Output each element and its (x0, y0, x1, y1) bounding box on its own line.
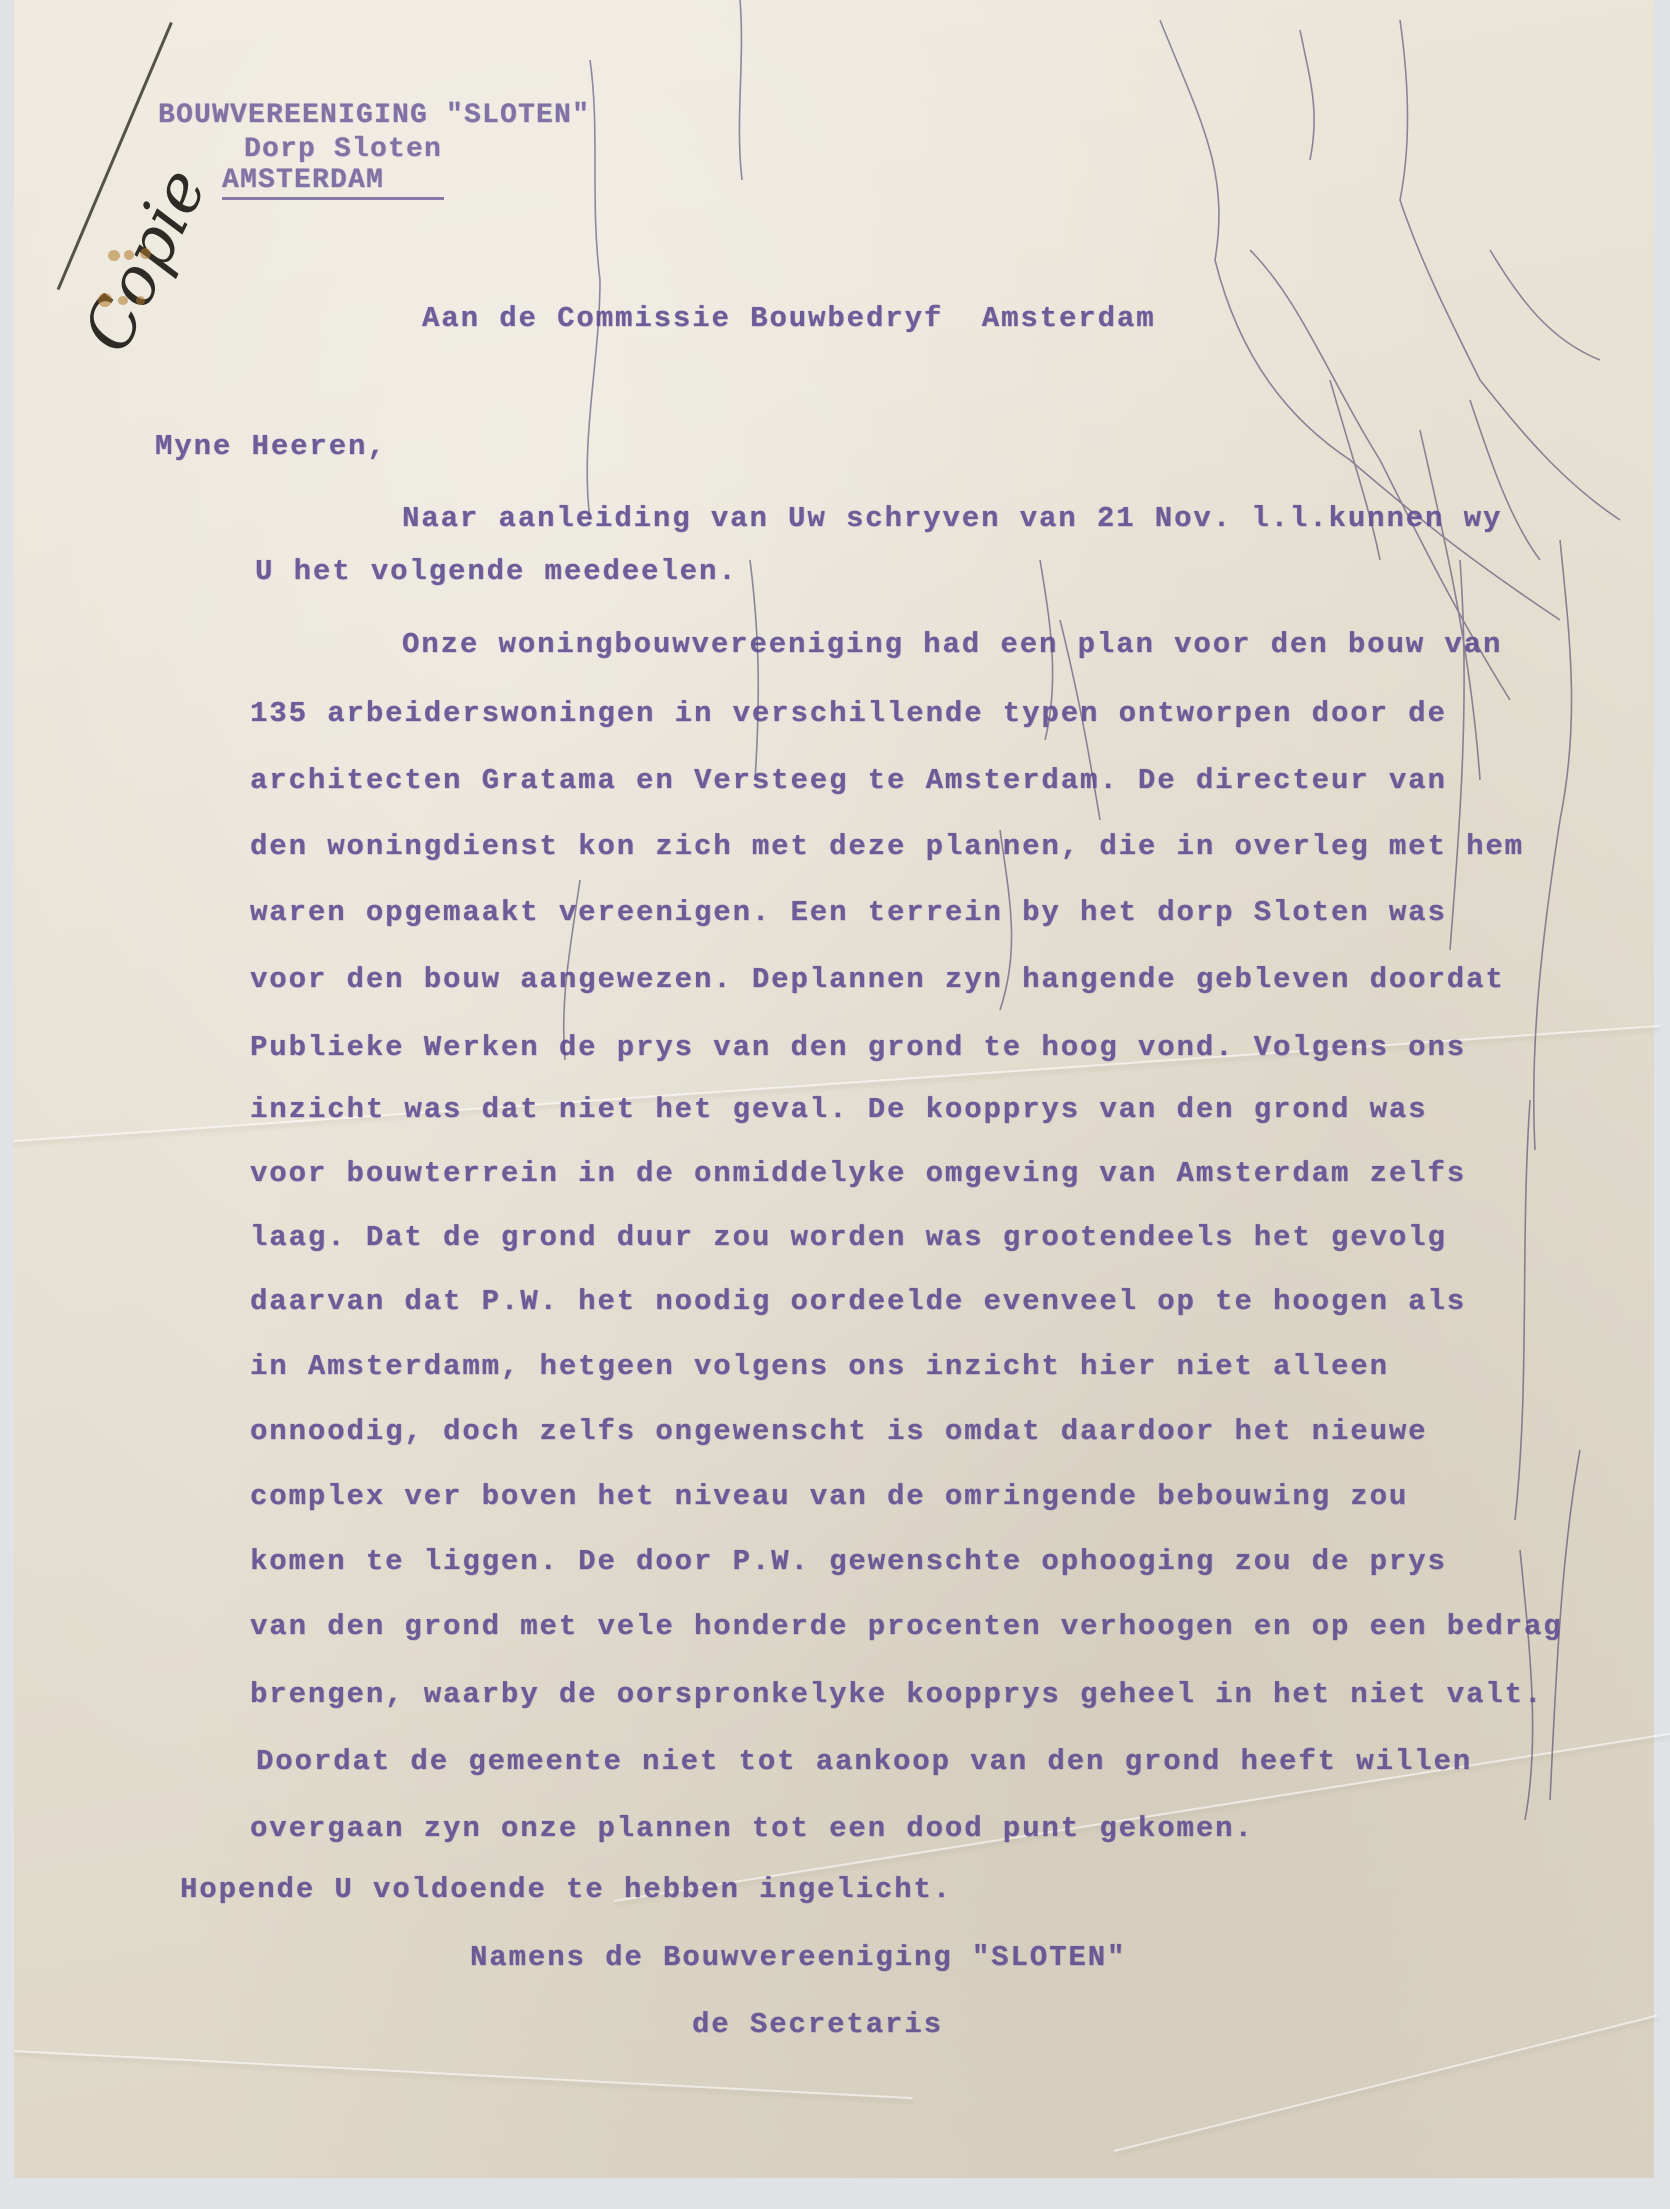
body-line: U het volgende meedeelen. (255, 555, 738, 588)
letterhead-city: AMSTERDAM (222, 165, 384, 196)
body-line: complex ver boven het niveau van de omri… (250, 1480, 1408, 1513)
body-line: Onze woningbouwvereeniging had een plan … (402, 628, 1502, 661)
stain-mark (118, 296, 128, 305)
letterhead-organization: BOUWVEREENIGING "SLOTEN" (158, 100, 590, 131)
salutation: Myne Heeren, (155, 430, 387, 463)
body-line: onnoodig, doch zelfs ongewenscht is omda… (250, 1415, 1427, 1448)
body-line: den woningdienst kon zich met deze plann… (250, 830, 1524, 863)
body-line: voor den bouw aangewezen. Deplannen zyn … (250, 963, 1505, 996)
body-line: Naar aanleiding van Uw schryven van 21 N… (402, 502, 1502, 535)
body-line: overgaan zyn onze plannen tot een dood p… (250, 1812, 1254, 1845)
body-line: komen te liggen. De door P.W. gewenschte… (250, 1545, 1447, 1578)
paper-crease (1114, 2015, 1658, 2152)
stain-mark (124, 250, 134, 260)
body-line: voor bouwterrein in de onmiddelyke omgev… (250, 1157, 1466, 1190)
body-line: inzicht was dat niet het geval. De koopp… (250, 1093, 1427, 1126)
letterhead-location: Dorp Sloten (244, 134, 442, 165)
stain-mark (140, 248, 151, 259)
body-line: brengen, waarby de oorspronkelyke kooppr… (250, 1678, 1543, 1711)
closing-line: Hopende U voldoende te hebben ingelicht. (180, 1873, 952, 1906)
paper-crease (14, 2050, 913, 2099)
stain-mark (136, 296, 145, 305)
body-line: van den grond met vele honderde procente… (250, 1610, 1563, 1643)
signature-title: de Secretaris (692, 2008, 943, 2041)
stain-mark (98, 293, 112, 307)
body-line: Doordat de gemeente niet tot aankoop van… (256, 1745, 1472, 1778)
body-line: architecten Gratama en Versteeg te Amste… (250, 764, 1447, 797)
stain-mark (108, 250, 120, 261)
body-line: Publieke Werken de prys van den grond te… (250, 1031, 1466, 1064)
body-line: laag. Dat de grond duur zou worden was g… (250, 1221, 1447, 1254)
letterhead-underline (222, 197, 444, 200)
body-line: 135 arbeiderswoningen in verschillende t… (250, 697, 1447, 730)
body-line: waren opgemaakt vereenigen. Een terrein … (250, 896, 1447, 929)
addressee-line: Aan de Commissie Bouwbedryf Amsterdam (422, 302, 1156, 335)
signature-on-behalf: Namens de Bouwvereeniging "SLOTEN" (470, 1941, 1126, 1974)
body-line: daarvan dat P.W. het noodig oordeelde ev… (250, 1285, 1466, 1318)
body-line: in Amsterdamm, hetgeen volgens ons inzic… (250, 1350, 1389, 1383)
